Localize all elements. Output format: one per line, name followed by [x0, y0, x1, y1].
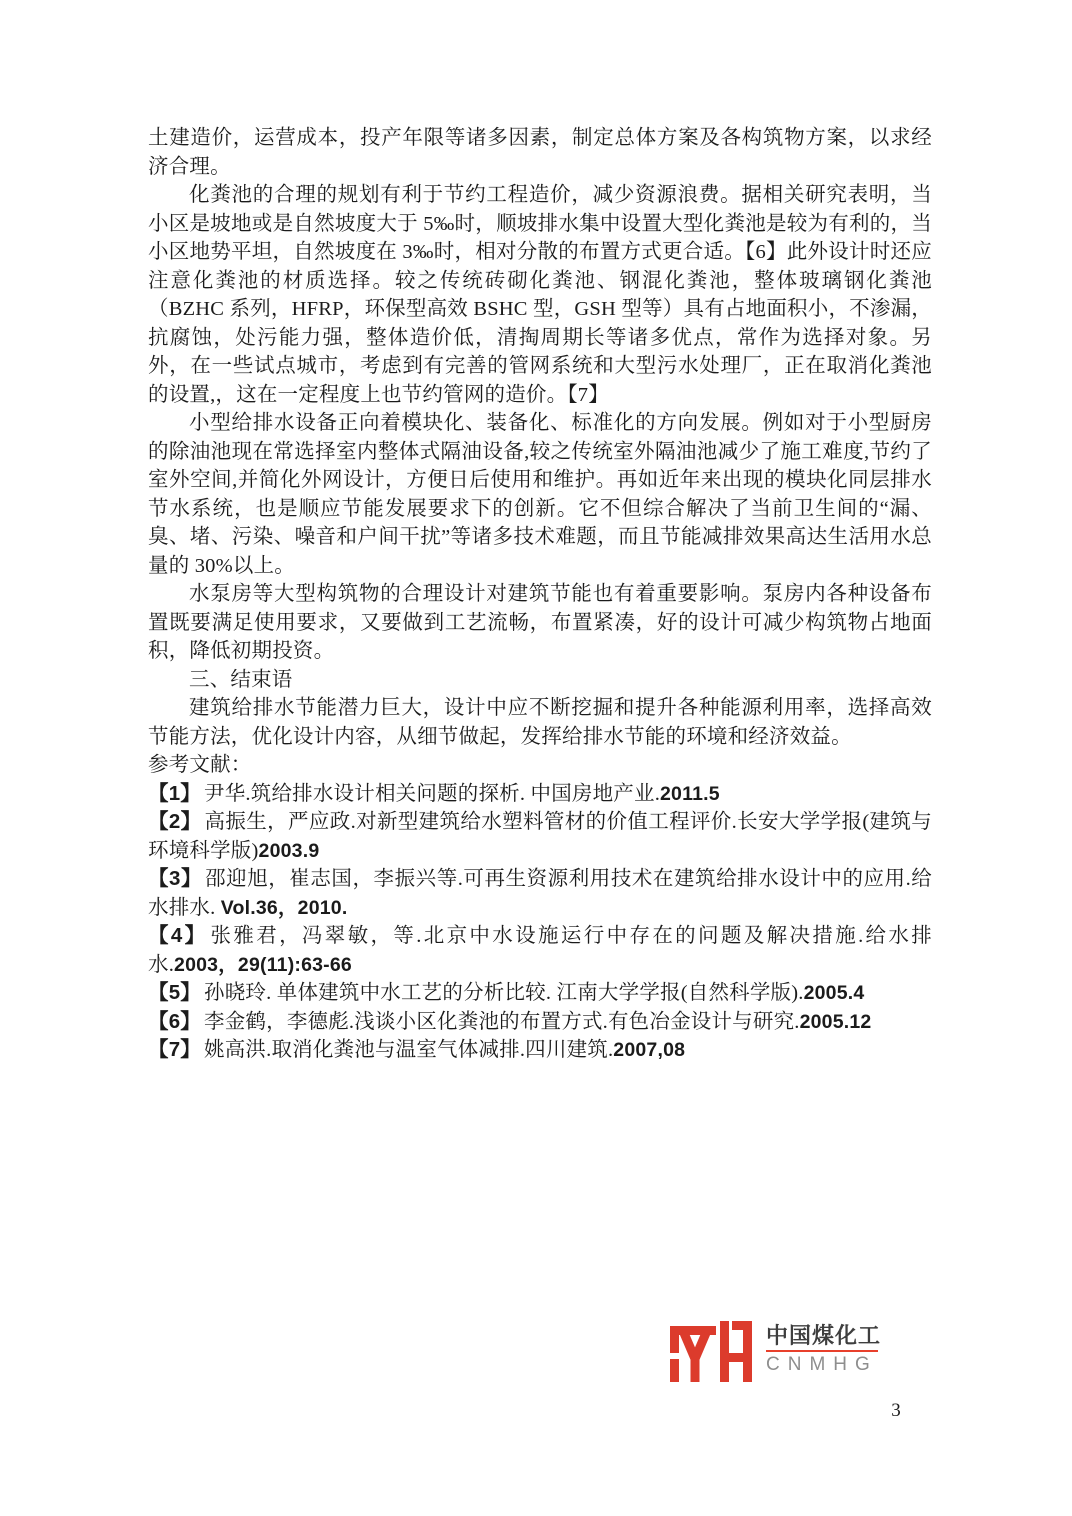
reference-item: 【5】孙晓玲. 单体建筑中水工艺的分析比较. 江南大学学报(自然科学版).200… [148, 979, 932, 1008]
document-body: 土建造价，运营成本，投产年限等诸多因素，制定总体方案及各构筑物方案，以求经济合理… [148, 124, 932, 1065]
reference-marker: 【5】 [148, 981, 201, 1004]
reference-marker: 【1】 [148, 782, 201, 805]
references-list: 【1】尹华.筑给排水设计相关问题的探析. 中国房地产业.2011.5 【2】高振… [148, 780, 932, 1065]
reference-item: 【2】高振生，严应政.对新型建筑给水塑料管材的价值工程评价.长安大学学报(建筑与… [148, 808, 932, 865]
reference-citation-numbers: 2007,08 [613, 1039, 685, 1061]
paragraph-small-equipment: 小型给排水设备正向着模块化、装备化、标准化的方向发展。例如对于小型厨房的除油池现… [148, 409, 932, 580]
reference-citation-numbers: 2003，29(11):63-66 [174, 954, 352, 976]
document-page: { "body": { "p1": "土建造价，运营成本，投产年限等诸多因素，制… [0, 0, 1072, 1516]
paragraph-pump-house: 水泵房等大型构筑物的合理设计对建筑节能也有着重要影响。泵房内各种设备布置既要满足… [148, 580, 932, 666]
cnmhg-logo-chinese-name: 中国煤化工 [766, 1324, 881, 1348]
reference-marker: 【3】 [148, 867, 202, 890]
paragraph-cost-planning: 土建造价，运营成本，投产年限等诸多因素，制定总体方案及各构筑物方案，以求经济合理… [148, 124, 932, 181]
cnmhg-logo-text: 中国煤化工 CNMHG [766, 1324, 881, 1376]
reference-citation-numbers: 2005.12 [800, 1011, 872, 1033]
cnmhg-logo-icon [668, 1320, 754, 1382]
paragraph-conclusion: 建筑给排水节能潜力巨大，设计中应不断挖掘和提升各种能源利用率，选择高效节能方法，… [148, 694, 932, 751]
cnmhg-logo-latin-name: CNMHG [766, 1354, 881, 1376]
reference-text: 姚高洪.取消化粪池与温室气体减排.四川建筑. [204, 1039, 613, 1061]
reference-text: 李金鹤，李德彪.浅谈小区化粪池的布置方式.有色冶金设计与研究. [204, 1011, 800, 1033]
page-number: 3 [876, 1400, 916, 1422]
reference-text: 尹华.筑给排水设计相关问题的探析. 中国房地产业. [204, 783, 660, 805]
reference-item: 【7】姚高洪.取消化粪池与温室气体减排.四川建筑.2007,08 [148, 1036, 932, 1065]
reference-marker: 【6】 [148, 1010, 201, 1033]
reference-marker: 【2】 [148, 810, 202, 833]
section-heading-conclusion: 三、结束语 [148, 666, 932, 695]
reference-marker: 【7】 [148, 1038, 201, 1061]
reference-item: 【6】李金鹤，李德彪.浅谈小区化粪池的布置方式.有色冶金设计与研究.2005.1… [148, 1008, 932, 1037]
reference-item: 【1】尹华.筑给排水设计相关问题的探析. 中国房地产业.2011.5 [148, 780, 932, 809]
page-canvas: 土建造价，运营成本，投产年限等诸多因素，制定总体方案及各构筑物方案，以求经济合理… [0, 0, 1072, 1516]
cnmhg-logo: 中国煤化工 CNMHG [668, 1320, 881, 1382]
reference-text: 孙晓玲. 单体建筑中水工艺的分析比较. 江南大学学报(自然科学版). [204, 982, 804, 1004]
reference-item: 【3】邵迎旭，崔志国，李振兴等.可再生资源利用技术在建筑给排水设计中的应用.给水… [148, 865, 932, 922]
reference-marker: 【4】 [148, 924, 207, 947]
references-title: 参考文献： [148, 751, 932, 780]
reference-item: 【4】张雅君，冯翠敏，等.北京中水设施运行中存在的问题及解决措施.给水排水.20… [148, 922, 932, 979]
reference-citation-numbers: 2011.5 [660, 783, 720, 805]
reference-citation-numbers: 2003.9 [259, 840, 320, 862]
paragraph-septic-tank-planning: 化粪池的合理的规划有利于节约工程造价，减少资源浪费。据相关研究表明，当小区是坡地… [148, 181, 932, 409]
cnmhg-logo-underline [766, 1350, 878, 1352]
reference-citation-numbers: 2005.4 [804, 982, 865, 1004]
reference-citation-numbers: Vol.36，2010. [221, 897, 348, 919]
